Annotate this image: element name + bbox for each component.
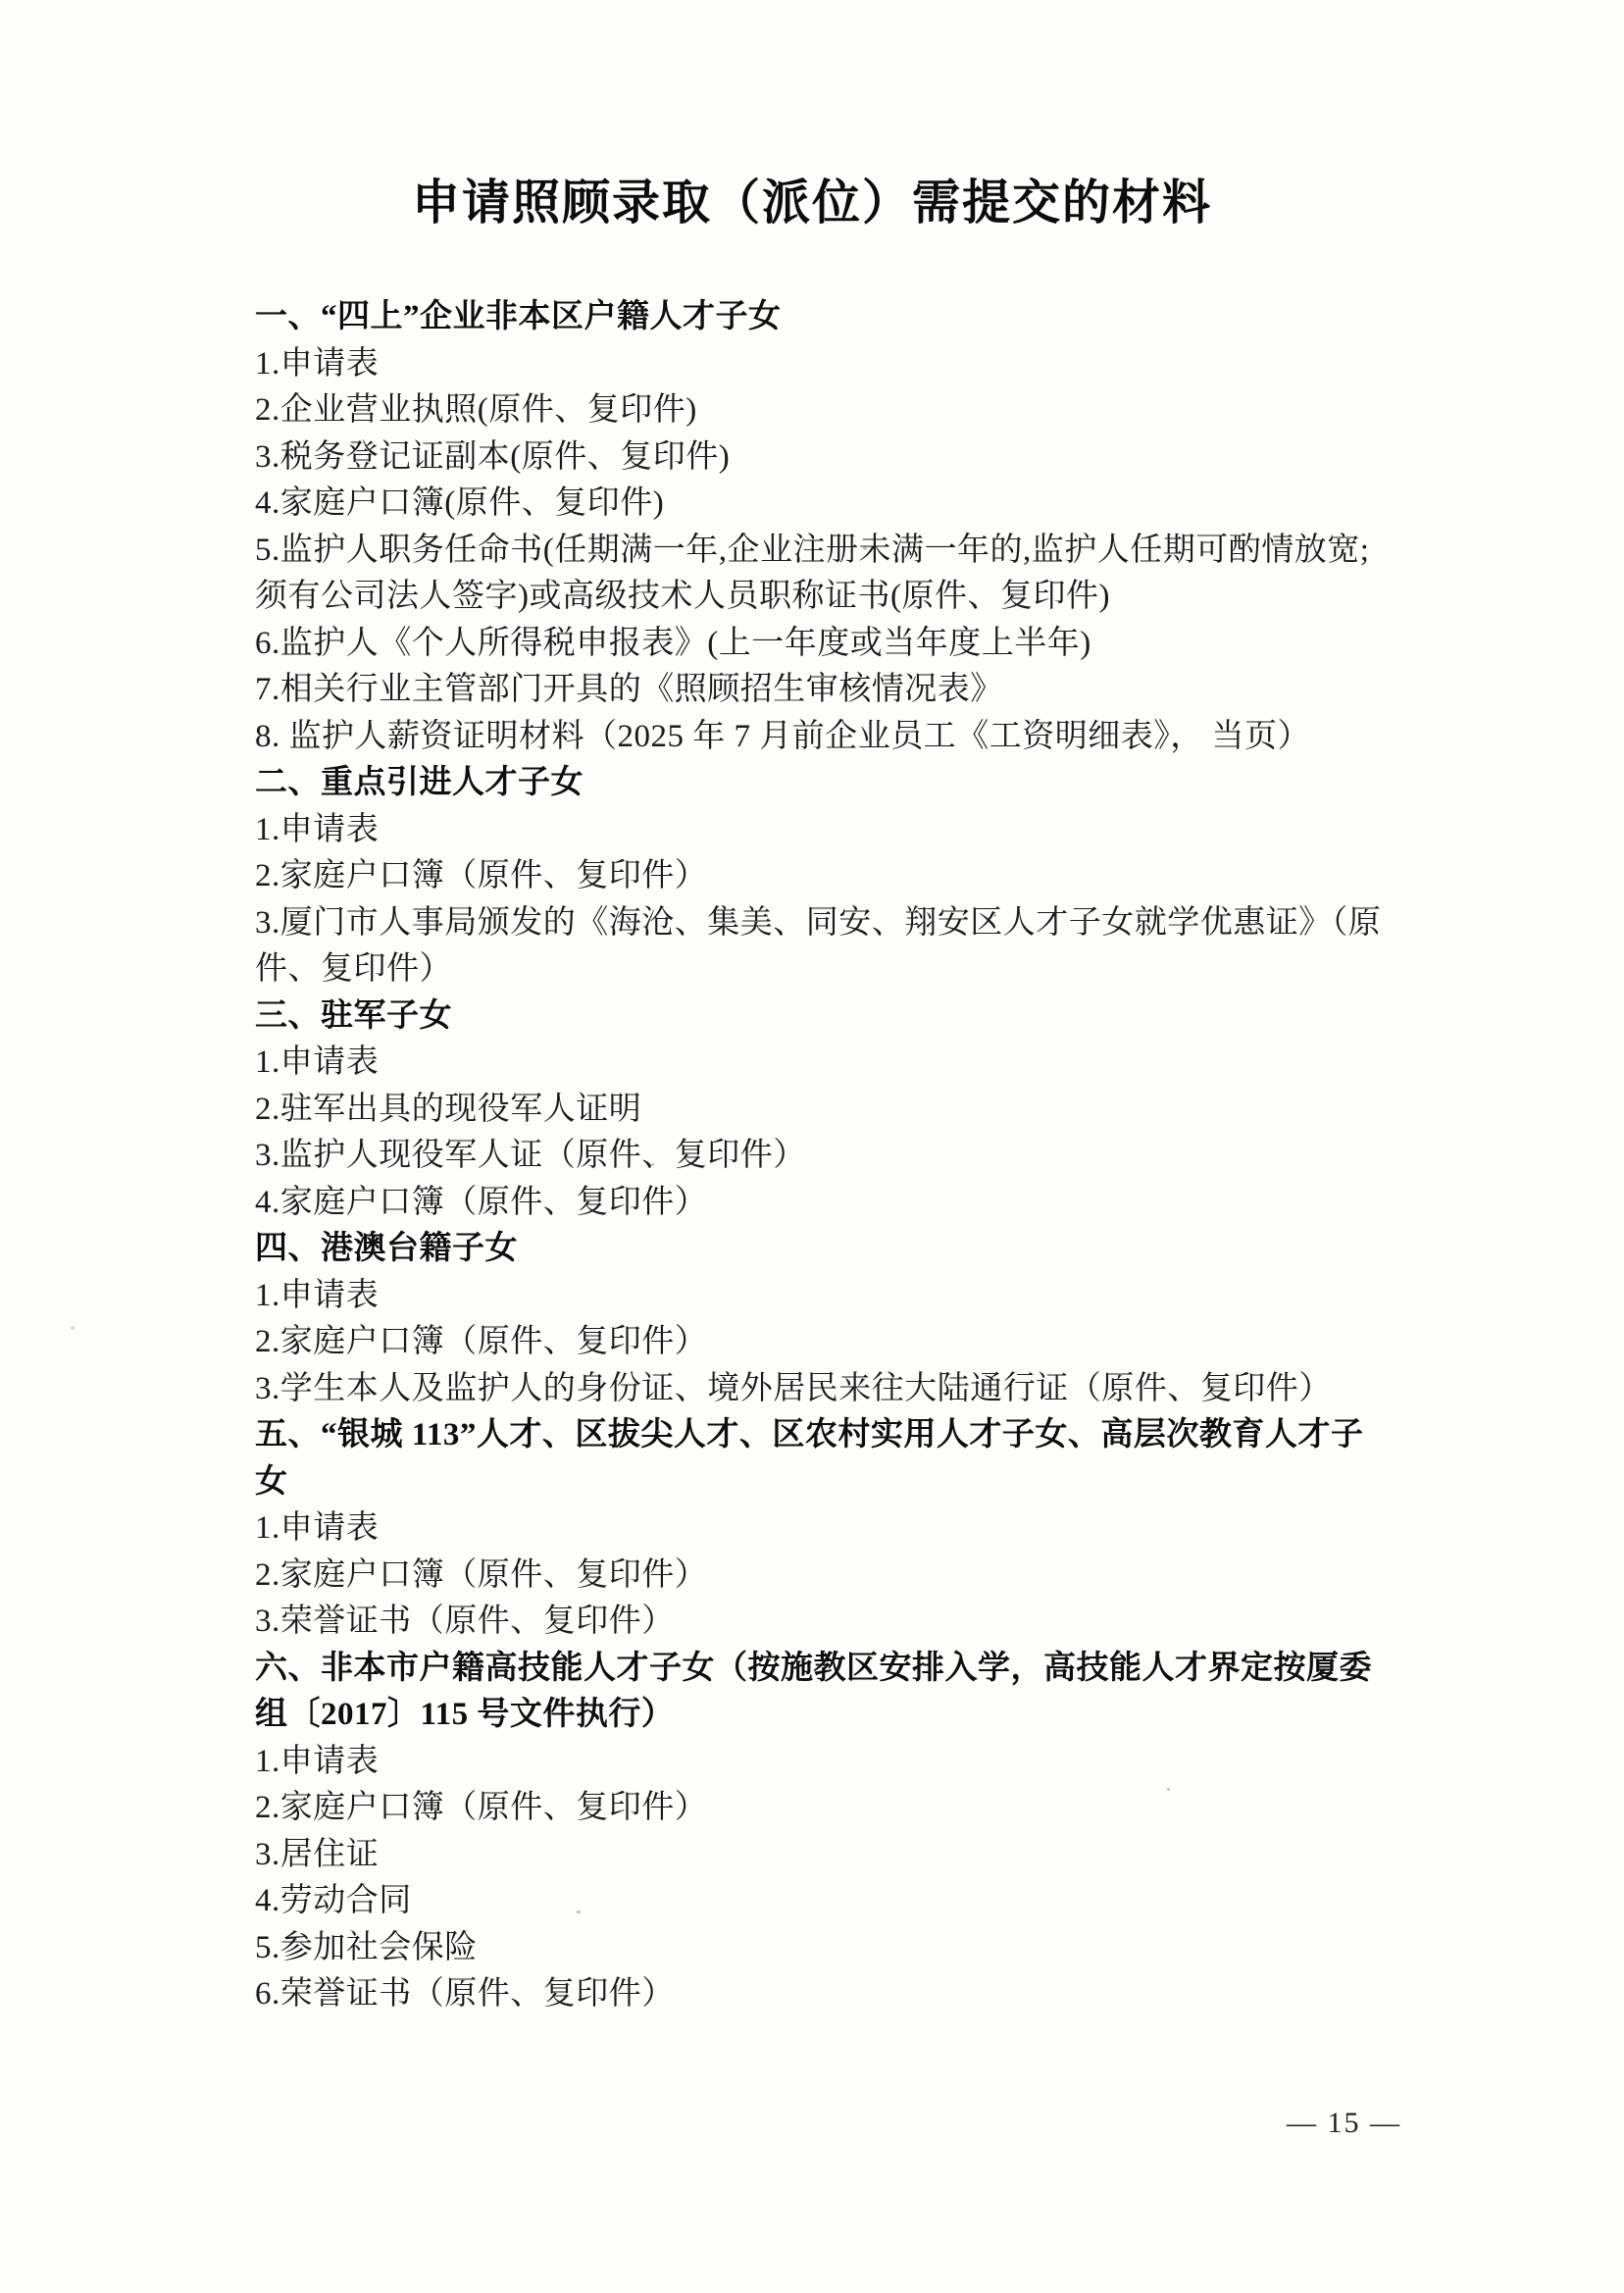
list-item-line: 2.企业营业执照(原件、复印件): [255, 387, 1412, 434]
section-heading-line: 三、驻军子女: [255, 994, 1412, 1041]
scan-speck: [577, 1911, 581, 1913]
list-item-line: 2.家庭户口簿（原件、复印件）: [255, 853, 1412, 900]
list-item-line: 件、复印件）: [255, 946, 1412, 994]
section-heading-line: 组〔2017〕115 号文件执行）: [255, 1692, 1412, 1739]
list-item-line: 须有公司法人签字)或高级技术人员职称证书(原件、复印件): [255, 574, 1412, 621]
list-item-line: 3.居住证: [255, 1832, 1412, 1879]
list-item-line: 3.监护人现役军人证（原件、复印件）: [255, 1133, 1412, 1180]
list-item-line: 3.学生本人及监护人的身份证、境外居民来往大陆通行证（原件、复印件）: [255, 1366, 1412, 1413]
list-item-line: 6.监护人《个人所得税申报表》(上一年度或当年度上半年): [255, 621, 1412, 668]
list-item-line: 7.相关行业主管部门开具的《照顾招生审核情况表》: [255, 667, 1412, 714]
list-item-line: 2.家庭户口簿（原件、复印件）: [255, 1785, 1412, 1832]
list-item-line: 1.申请表: [255, 341, 1412, 388]
list-item-line: 1.申请表: [255, 1739, 1412, 1786]
list-item-line: 8. 监护人薪资证明材料（2025 年 7 月前企业员工《工资明细表》， 当页）: [255, 714, 1412, 761]
list-item-line: 2.驻军出具的现役军人证明: [255, 1087, 1412, 1134]
list-item-line: 4.家庭户口簿(原件、复印件): [255, 481, 1412, 528]
section-heading-line: 五、“银城 113”人才、区拔尖人才、区农村实用人才子女、高层次教育人才子: [255, 1412, 1412, 1459]
list-item-line: 4.劳动合同: [255, 1878, 1412, 1925]
list-item-line: 1.申请表: [255, 807, 1412, 854]
list-item-line: 6.荣誉证书（原件、复印件）: [255, 1971, 1412, 2018]
list-item-line: 3.税务登记证副本(原件、复印件): [255, 434, 1412, 482]
document-body: 一、“四上”企业非本区户籍人才子女1.申请表2.企业营业执照(原件、复印件)3.…: [255, 294, 1412, 2018]
section-heading-line: 一、“四上”企业非本区户籍人才子女: [255, 294, 1412, 341]
list-item-line: 5.监护人职务任命书(任期满一年,企业注册未满一年的,监护人任期可酌情放宽;: [255, 528, 1412, 575]
section-heading-line: 女: [255, 1459, 1412, 1506]
list-item-line: 3.荣誉证书（原件、复印件）: [255, 1599, 1412, 1646]
document-page: 申请照顾录取（派位）需提交的材料 一、“四上”企业非本区户籍人才子女1.申请表2…: [0, 0, 1624, 2293]
scan-speck: [651, 1163, 654, 1166]
scan-speck: [71, 1326, 75, 1330]
page-title: 申请照顾录取（派位）需提交的材料: [0, 165, 1624, 233]
list-item-line: 1.申请表: [255, 1505, 1412, 1553]
section-heading-line: 四、港澳台籍子女: [255, 1226, 1412, 1273]
list-item-line: 1.申请表: [255, 1040, 1412, 1087]
list-item-line: 5.参加社会保险: [255, 1925, 1412, 1972]
list-item-line: 4.家庭户口簿（原件、复印件）: [255, 1180, 1412, 1227]
list-item-line: 3.厦门市人事局颁发的《海沧、集美、同安、翔安区人才子女就学优惠证》（原: [255, 900, 1412, 947]
scan-speck: [863, 546, 867, 550]
section-heading-line: 六、非本市户籍高技能人才子女（按施教区安排入学，高技能人才界定按厦委: [255, 1646, 1412, 1693]
scan-speck: [993, 914, 996, 917]
list-item-line: 1.申请表: [255, 1273, 1412, 1320]
page-number: — 15 —: [1287, 2107, 1401, 2140]
list-item-line: 2.家庭户口簿（原件、复印件）: [255, 1319, 1412, 1366]
list-item-line: 2.家庭户口簿（原件、复印件）: [255, 1553, 1412, 1600]
section-heading-line: 二、重点引进人才子女: [255, 760, 1412, 807]
scan-speck: [1167, 1788, 1170, 1791]
